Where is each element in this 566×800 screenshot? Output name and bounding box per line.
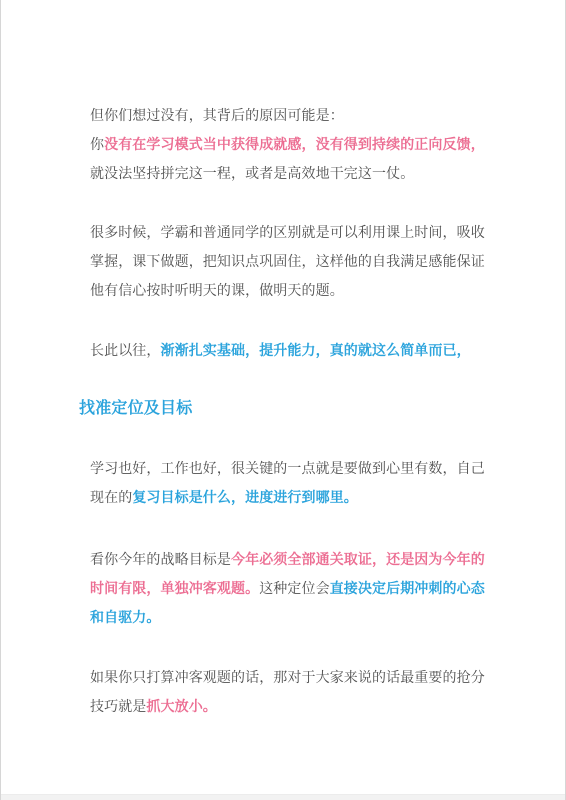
text-run: 你 <box>90 136 104 152</box>
text-line: 掌握，课下做题，把知识点巩固住，这样他的自我满足感能保证 <box>90 247 505 276</box>
text-line: 很多时候，学霸和普通同学的区别就是可以利用课上时间，吸收 <box>90 218 505 247</box>
highlight-pink: 今年必须全部通关取证，还是因为今年的 <box>231 551 485 567</box>
paragraph-strategy-target: 看你今年的战略目标是今年必须全部通关取证，还是因为今年的时间有限，单独冲客观题。… <box>90 545 505 632</box>
paragraph-study-habits: 很多时候，学霸和普通同学的区别就是可以利用课上时间，吸收掌握，课下做题，把知识点… <box>90 218 505 305</box>
article-content: 但你们想过没有，其背后的原因可能是：你没有在学习模式当中获得成就感，没有得到持续… <box>1 0 565 800</box>
highlight-blue: 和自驱力。 <box>90 609 161 625</box>
highlight-pink: 时间有限，单独冲客观题。 <box>90 580 259 596</box>
text-line: 长此以往，渐渐扎实基础，提升能力，真的就这么简单而已， <box>90 336 505 365</box>
text-run: 他有信心按时听明天的课，做明天的题。 <box>90 282 344 298</box>
text-line: 和自驱力。 <box>90 603 505 632</box>
highlight-blue: 复习目标是什么，进度进行到哪里。 <box>132 489 358 505</box>
paragraph-reason-intro: 但你们想过没有，其背后的原因可能是：你没有在学习模式当中获得成就感，没有得到持续… <box>90 101 505 188</box>
text-run: 看你今年的战略目标是 <box>90 551 231 567</box>
highlight-pink: 没有在学习模式当中获得成就感，没有得到持续的正向反馈， <box>104 136 485 152</box>
highlight-blue: 直接决定后期冲刺的心态 <box>330 580 485 596</box>
text-line: 现在的复习目标是什么，进度进行到哪里。 <box>90 483 505 512</box>
text-run: 就没法坚持拼完这一程，或者是高效地干完这一仗。 <box>90 165 414 181</box>
text-run: 这种定位会 <box>259 580 330 596</box>
page-bottom-edge <box>1 794 565 800</box>
paragraph-score-technique: 如果你只打算冲客观题的话，那对于大家来说的话最重要的抢分技巧就是抓大放小。 <box>90 663 505 721</box>
text-line: 学习也好，工作也好，很关键的一点就是要做到心里有数，自己 <box>90 454 505 483</box>
paragraph-goal-awareness: 学习也好，工作也好，很关键的一点就是要做到心里有数，自己现在的复习目标是什么，进… <box>90 454 505 512</box>
section-heading: 找准定位及目标 <box>79 398 192 420</box>
document-page: 但你们想过没有，其背后的原因可能是：你没有在学习模式当中获得成就感，没有得到持续… <box>0 0 566 800</box>
text-line: 但你们想过没有，其背后的原因可能是： <box>90 101 505 130</box>
text-line: 就没法坚持拼完这一程，或者是高效地干完这一仗。 <box>90 159 505 188</box>
text-line: 如果你只打算冲客观题的话，那对于大家来说的话最重要的抢分 <box>90 663 505 692</box>
highlight-pink: 抓大放小。 <box>146 698 217 714</box>
text-line: 时间有限，单独冲客观题。这种定位会直接决定后期冲刺的心态 <box>90 574 505 603</box>
text-run: 很多时候，学霸和普通同学的区别就是可以利用课上时间，吸收 <box>90 224 485 240</box>
text-run: 长此以往， <box>90 342 161 358</box>
text-run: 掌握，课下做题，把知识点巩固住，这样他的自我满足感能保证 <box>90 253 485 269</box>
highlight-blue: 渐渐扎实基础，提升能力，真的就这么简单而已， <box>161 342 471 358</box>
text-line: 他有信心按时听明天的课，做明天的题。 <box>90 276 505 305</box>
text-line: 技巧就是抓大放小。 <box>90 692 505 721</box>
text-run: 现在的 <box>90 489 132 505</box>
text-line: 看你今年的战略目标是今年必须全部通关取证，还是因为今年的 <box>90 545 505 574</box>
paragraph-long-term: 长此以往，渐渐扎实基础，提升能力，真的就这么简单而已， <box>90 336 505 365</box>
text-run: 但你们想过没有，其背后的原因可能是： <box>90 107 344 123</box>
text-run: 技巧就是 <box>90 698 146 714</box>
text-run: 如果你只打算冲客观题的话，那对于大家来说的话最重要的抢分 <box>90 669 485 685</box>
text-line: 你没有在学习模式当中获得成就感，没有得到持续的正向反馈， <box>90 130 505 159</box>
text-run: 学习也好，工作也好，很关键的一点就是要做到心里有数，自己 <box>90 460 485 476</box>
